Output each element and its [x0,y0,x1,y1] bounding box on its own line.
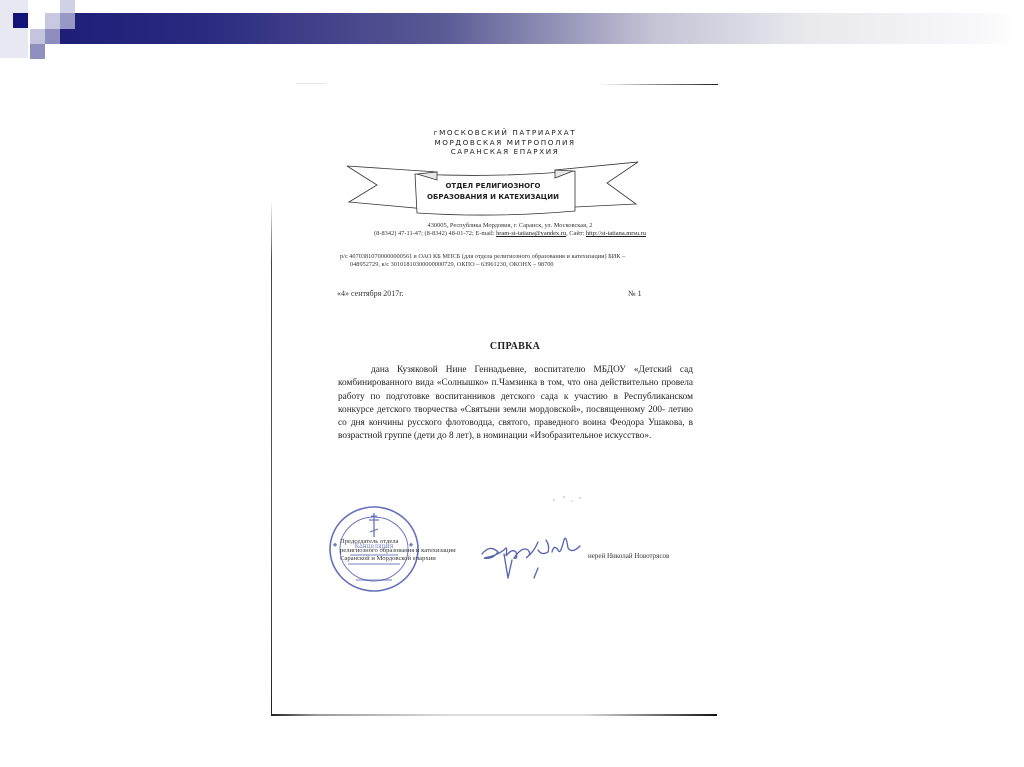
document-number: № 1 [628,289,642,298]
deco-square [13,13,28,28]
scan-smudge [548,492,588,506]
letterhead-org: гМОСКОВСКИЙ ПАТРИАРХАТ МОРДОВСКАЯ МИТРОП… [380,128,630,157]
bank-line: 048952729, к/с 30101810300000000729, ОКП… [340,261,700,269]
deco-square [30,44,45,59]
scan-edge-top-left [296,83,326,84]
phones: (8-8342) 47-11-47; (8-8342) 48-01-72; [374,230,474,237]
signatory-name: иерей Николай Новотрясов [588,552,669,560]
deco-square [30,29,45,44]
handwritten-signature-icon [478,530,583,590]
site-label: Сайт: [569,230,584,237]
address: 430005, Республика Мордовия, г. Саранск,… [335,222,685,230]
header-gradient-band [60,13,1020,44]
scan-edge-bottom [271,714,717,716]
department-line: ОБРАЗОВАНИЯ И КАТЕХИЗАЦИИ [418,192,568,203]
bank-line: р/с 40703810700000000561 в ОАО КБ МПСБ (… [340,253,700,261]
deco-square [60,13,75,29]
letterhead-contacts: 430005, Республика Мордовия, г. Саранск,… [335,222,685,239]
site-link[interactable]: http://st-tatiana.mrsu.ru [586,230,646,237]
official-stamp-icon: Канцелярия [326,503,422,595]
document-body: дана Кузяковой Нине Геннадьевне, воспита… [338,364,693,444]
deco-square [45,29,60,44]
org-line: САРАНСКАЯ ЕПАРХИЯ [380,147,630,157]
deco-square [45,13,60,29]
scan-edge-left [271,200,272,716]
deco-square [0,0,28,58]
email-label: E-mail: [475,230,494,237]
document-title: СПРАВКА [440,341,590,352]
scan-edge-top [598,84,718,85]
org-line: МОРДОВСКАЯ МИТРОПОЛИЯ [380,138,630,148]
department-line: ОТДЕЛ РЕЛИГИОЗНОГО [418,181,568,192]
email-link[interactable]: hram-st-tatiana@yandex.ru [496,230,566,237]
bank-details: р/с 40703810700000000561 в ОАО КБ МПСБ (… [340,253,700,270]
contact-line: (8-8342) 47-11-47; (8-8342) 48-01-72; E-… [335,230,685,238]
document-date: «4» сентября 2017г. [337,289,404,298]
department-name: ОТДЕЛ РЕЛИГИОЗНОГО ОБРАЗОВАНИЯ И КАТЕХИЗ… [418,181,568,203]
deco-square [60,0,75,13]
org-line: гМОСКОВСКИЙ ПАТРИАРХАТ [380,128,630,138]
svg-text:Канцелярия: Канцелярия [355,543,394,550]
